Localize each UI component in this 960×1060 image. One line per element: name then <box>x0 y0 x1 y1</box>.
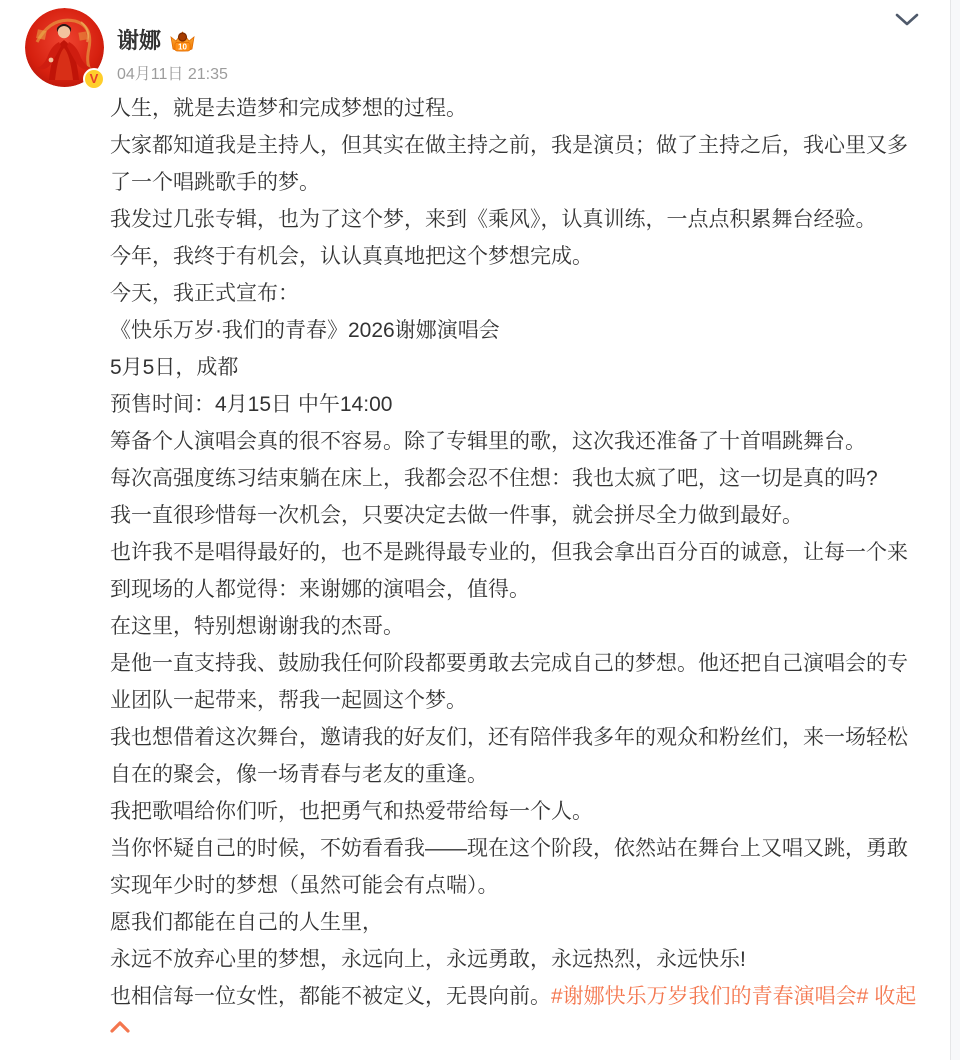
post-text-line: 今年，我终于有机会，认认真真地把这个梦想完成。 <box>110 238 910 275</box>
post-text-line: 今天，我正式宣布： <box>110 275 910 312</box>
weibo-post-card: V 谢娜 10 04月11日 21:35 人生，就是去造梦和完成梦想的 <box>0 0 960 1060</box>
post-text-block: 人生，就是去造梦和完成梦想的过程。 大家都知道我是主持人，但其实在做主持之前，我… <box>110 90 910 978</box>
chevron-down-icon[interactable] <box>894 11 920 29</box>
avatar[interactable]: V <box>25 8 104 87</box>
svg-text:10: 10 <box>178 42 187 51</box>
post-text-line: 当你怀疑自己的时候，不妨看看我——现在这个阶段，依然站在舞台上又唱又跳，勇敢实现… <box>110 830 910 904</box>
post-text-line: 每次高强度练习结束躺在床上，我都会忍不住想：我也太疯了吧，这一切是真的吗? <box>110 460 910 497</box>
post-text-line: 5月5日，成都 <box>110 349 910 386</box>
post-timestamp: 04月11日 21:35 <box>117 66 228 84</box>
post-text-line: 在这里，特别想谢谢我的杰哥。 <box>110 608 910 645</box>
post-text-line: 也许我不是唱得最好的，也不是跳得最专业的，但我会拿出百分百的诚意，让每一个来到现… <box>110 534 910 608</box>
post-text-line: 我把歌唱给你们听，也把勇气和热爱带给每一个人。 <box>110 793 910 830</box>
chevron-up-icon[interactable] <box>110 1020 130 1034</box>
username[interactable]: 谢娜 <box>117 28 161 53</box>
post-text-line: 筹备个人演唱会真的很不容易。除了专辑里的歌，这次我还准备了十首唱跳舞台。 <box>110 423 910 460</box>
post-text-line: 《快乐万岁·我们的青春》2026谢娜演唱会 <box>110 312 910 349</box>
post-final-text: 也相信每一位女性，都能不被定义，无畏向前。 <box>110 985 551 1008</box>
verified-v-badge: V <box>83 68 105 90</box>
post-text-line: 大家都知道我是主持人，但其实在做主持之前，我是演员；做了主持之后，我心里又多了一… <box>110 127 910 201</box>
hashtag-link[interactable]: #谢娜快乐万岁我们的青春演唱会# <box>551 985 868 1008</box>
post-final-line: 也相信每一位女性，都能不被定义，无畏向前。#谢娜快乐万岁我们的青春演唱会# 收起 <box>110 978 910 1015</box>
post-text-line: 是他一直支持我、鼓励我任何阶段都要勇敢去完成自己的梦想。他还把自己演唱会的专业团… <box>110 645 910 719</box>
post-text-line: 我一直很珍惜每一次机会，只要决定去做一件事，就会拼尽全力做到最好。 <box>110 497 910 534</box>
post-text-line: 人生，就是去造梦和完成梦想的过程。 <box>110 90 910 127</box>
post-text-line: 预售时间：4月15日 中午14:00 <box>110 386 910 423</box>
vip-level-icon[interactable]: 10 <box>169 29 196 54</box>
post-header: V 谢娜 10 04月11日 21:35 <box>0 0 950 92</box>
post-content: 人生，就是去造梦和完成梦想的过程。 大家都知道我是主持人，但其实在做主持之前，我… <box>110 90 910 1034</box>
collapse-link[interactable]: 收起 <box>874 985 916 1008</box>
post-text-line: 愿我们都能在自己的人生里， <box>110 904 910 941</box>
page-edge-strip <box>950 0 960 1060</box>
post-text-line: 永远不放弃心里的梦想，永远向上，永远勇敢，永远热烈，永远快乐! <box>110 941 910 978</box>
post-text-line: 我发过几张专辑，也为了这个梦，来到《乘风》，认真训练，一点点积累舞台经验。 <box>110 201 910 238</box>
post-text-line: 我也想借着这次舞台，邀请我的好友们，还有陪伴我多年的观众和粉丝们，来一场轻松自在… <box>110 719 910 793</box>
